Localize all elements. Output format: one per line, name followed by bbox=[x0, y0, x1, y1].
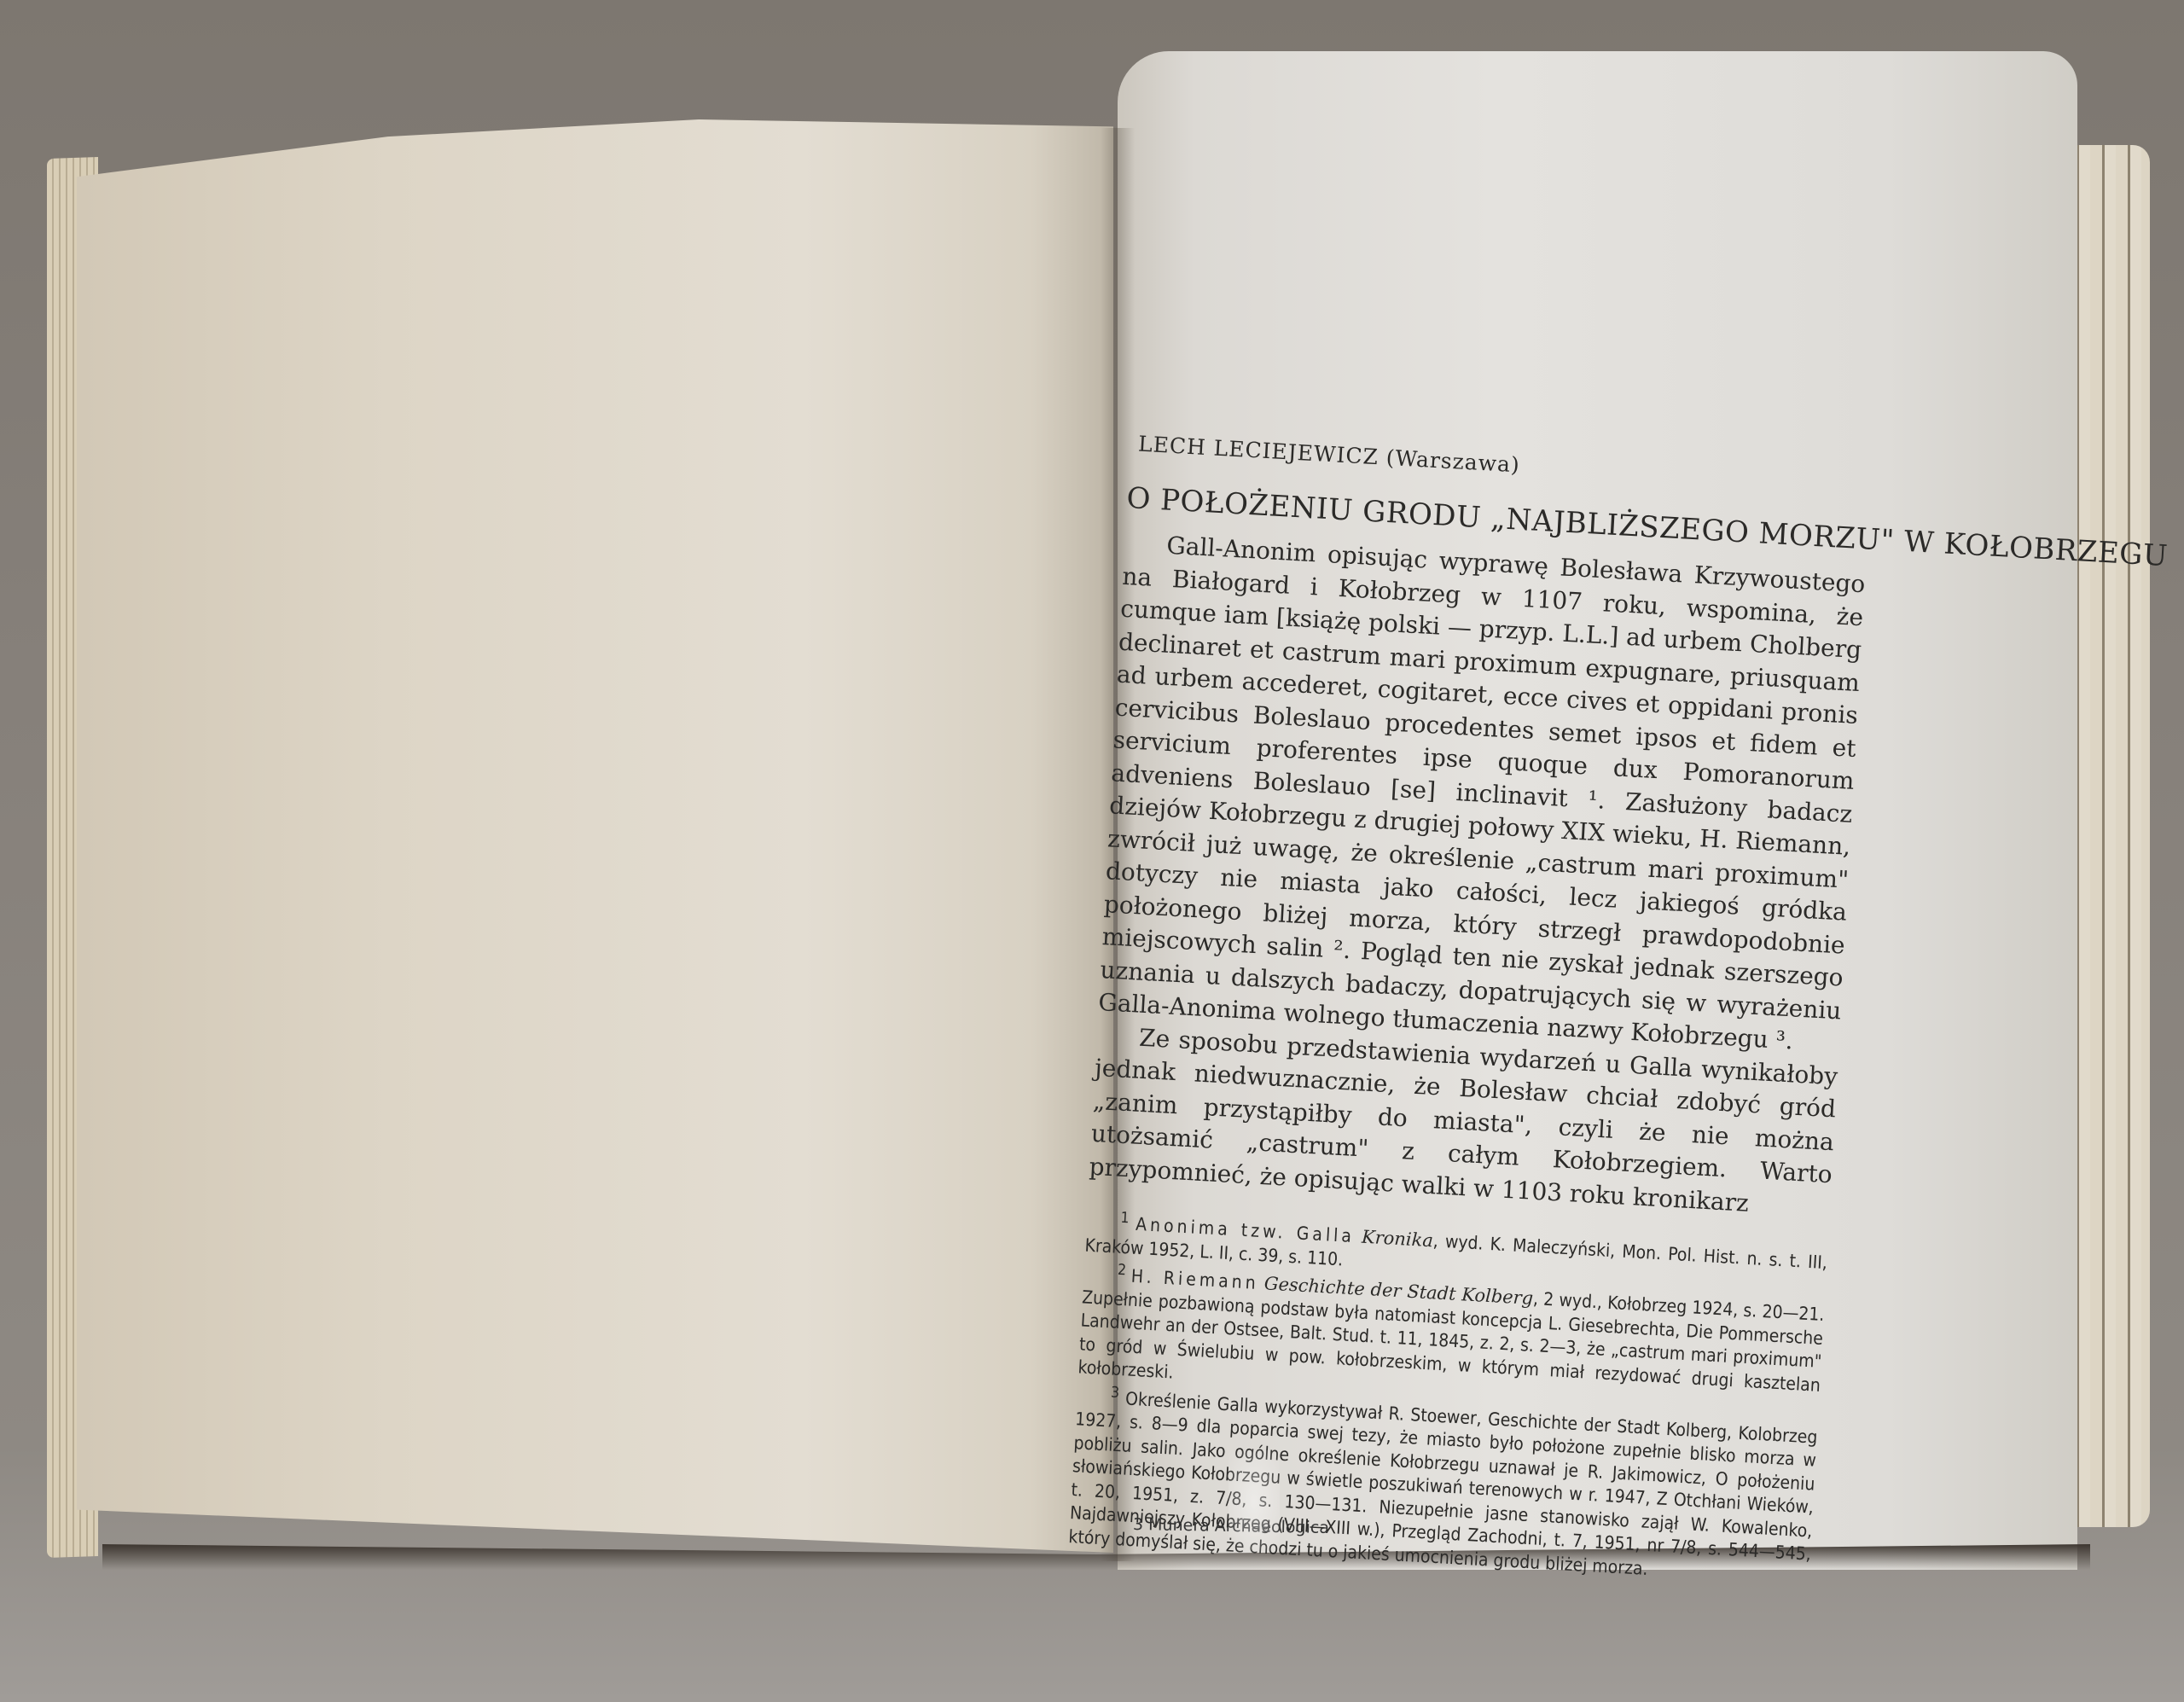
footnote-number: 3 bbox=[1110, 1384, 1119, 1402]
light-glare bbox=[1228, 1450, 1280, 1553]
footnote-work: Kronika bbox=[1361, 1227, 1433, 1252]
article-text: LECH LECIEJEWICZ (Warszawa) O POŁOŻENIU … bbox=[1068, 431, 1872, 1590]
open-book: LECH LECIEJEWICZ (Warszawa) O POŁOŻENIU … bbox=[0, 0, 2184, 1702]
footnote-number: 1 bbox=[1120, 1210, 1130, 1228]
footnote-text: Określenie Galla wykorzystywał R. Stoewe… bbox=[1068, 1388, 1818, 1578]
footnote-number: 2 bbox=[1118, 1262, 1127, 1280]
paragraph-1: Gall-Anonim opisując wyprawę Bolesława K… bbox=[1097, 527, 1866, 1060]
left-page-blank bbox=[77, 119, 1113, 1553]
footnote-author: H. Riemann bbox=[1130, 1266, 1259, 1293]
